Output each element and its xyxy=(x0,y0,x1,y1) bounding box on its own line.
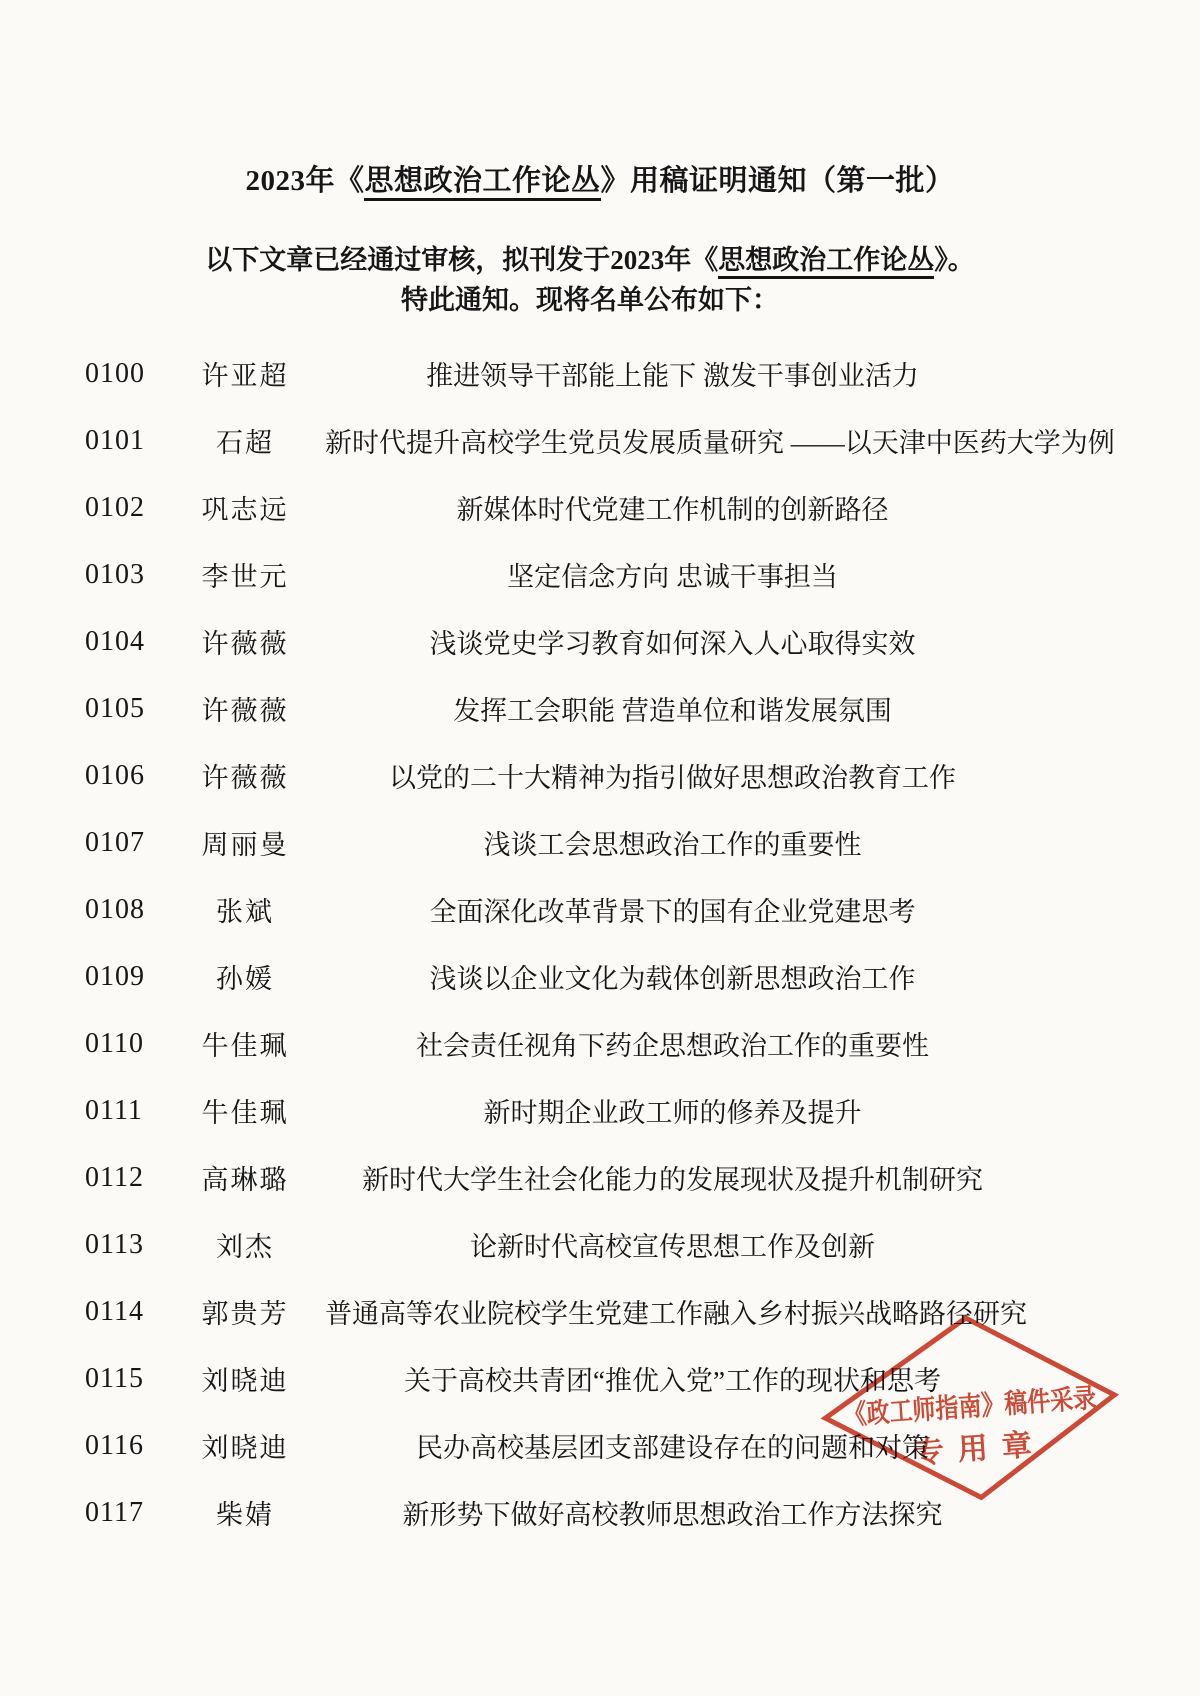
entry-author: 牛佳珮 xyxy=(165,1024,325,1063)
entry-title: 新形势下做好高校教师思想政治工作方法探究 xyxy=(325,1493,1020,1532)
entry-author: 石超 xyxy=(165,421,325,460)
entry-author: 许薇薇 xyxy=(165,756,325,795)
entry-title: 新时代大学生社会化能力的发展现状及提升机制研究 xyxy=(325,1158,1020,1197)
entry-row: 0104 许薇薇 浅谈党史学习教育如何深入人心取得实效 xyxy=(85,608,1020,675)
entry-row: 0115 刘晓迪 关于高校共青团“推优入党”工作的现状和思考 xyxy=(85,1345,1020,1412)
entry-id: 0101 xyxy=(85,425,165,457)
entry-id: 0114 xyxy=(85,1296,165,1328)
document-title-suffix: 》用稿证明通知（第一批） xyxy=(601,165,955,197)
entry-row: 0105 许薇薇 发挥工会职能 营造单位和谐发展氛围 xyxy=(85,675,1020,742)
entry-author: 刘晓迪 xyxy=(165,1359,325,1398)
entry-row: 0112 高琳璐 新时代大学生社会化能力的发展现状及提升机制研究 xyxy=(85,1144,1020,1211)
entry-title: 浅谈党史学习教育如何深入人心取得实效 xyxy=(325,622,1020,661)
document-title: 2023年《思想政治工作论丛》用稿证明通知（第一批） xyxy=(0,158,1200,199)
intro-line1-underlined: 思想政治工作论丛 xyxy=(718,245,934,279)
entry-author: 巩志远 xyxy=(165,488,325,527)
entry-title: 新媒体时代党建工作机制的创新路径 xyxy=(325,488,1020,527)
entry-title: 民办高校基层团支部建设存在的问题和对策 xyxy=(325,1426,1020,1465)
entry-row: 0107 周丽曼 浅谈工会思想政治工作的重要性 xyxy=(85,809,1020,876)
intro-line-1: 以下文章已经通过审核，拟刊发于2023年《思想政治工作论丛》。 xyxy=(0,240,1190,280)
entry-row: 0114 郭贵芳 普通高等农业院校学生党建工作融入乡村振兴战略路径研究 xyxy=(85,1278,1020,1345)
document-page: 2023年《思想政治工作论丛》用稿证明通知（第一批） 以下文章已经通过审核，拟刊… xyxy=(0,0,1200,1696)
entry-id: 0105 xyxy=(85,693,165,725)
entry-author: 高琳璐 xyxy=(165,1158,325,1197)
intro-line1-suffix: 》。 xyxy=(934,245,975,275)
entry-author: 许薇薇 xyxy=(165,689,325,728)
entry-row: 0113 刘杰 论新时代高校宣传思想工作及创新 xyxy=(85,1211,1020,1278)
entry-title: 全面深化改革背景下的国有企业党建思考 xyxy=(325,890,1020,929)
entry-id: 0100 xyxy=(85,358,165,390)
intro-line-2: 特此通知。现将名单公布如下： xyxy=(0,280,1190,320)
entry-row: 0108 张斌 全面深化改革背景下的国有企业党建思考 xyxy=(85,876,1020,943)
entry-row: 0111 牛佳珮 新时期企业政工师的修养及提升 xyxy=(85,1077,1020,1144)
entry-title: 推进领导干部能上能下 激发干事创业活力 xyxy=(325,354,1020,393)
entry-title: 新时期企业政工师的修养及提升 xyxy=(325,1091,1020,1130)
entry-title: 新时代提升高校学生党员发展质量研究 ——以天津中医药大学为例 xyxy=(325,421,1115,460)
entry-title: 坚定信念方向 忠诚干事担当 xyxy=(325,555,1020,594)
entry-author: 郭贵芳 xyxy=(165,1292,325,1331)
entry-id: 0110 xyxy=(85,1028,165,1060)
entry-title: 浅谈以企业文化为载体创新思想政治工作 xyxy=(325,957,1020,996)
entry-id: 0116 xyxy=(85,1430,165,1462)
entry-author: 许亚超 xyxy=(165,354,325,393)
entry-id: 0106 xyxy=(85,760,165,792)
document-title-underlined: 思想政治工作论丛 xyxy=(364,165,600,201)
entry-title: 社会责任视角下药企思想政治工作的重要性 xyxy=(325,1024,1020,1063)
entry-row: 0102 巩志远 新媒体时代党建工作机制的创新路径 xyxy=(85,474,1020,541)
entry-id: 0104 xyxy=(85,626,165,658)
entry-id: 0108 xyxy=(85,894,165,926)
entry-author: 柴婧 xyxy=(165,1493,325,1532)
entry-id: 0102 xyxy=(85,492,165,524)
entry-title: 普通高等农业院校学生党建工作融入乡村振兴战略路径研究 xyxy=(325,1292,1027,1331)
entry-author: 孙媛 xyxy=(165,957,325,996)
entry-id: 0117 xyxy=(85,1497,165,1529)
entry-id: 0103 xyxy=(85,559,165,591)
entry-row: 0116 刘晓迪 民办高校基层团支部建设存在的问题和对策 xyxy=(85,1412,1020,1479)
entry-row: 0101 石超 新时代提升高校学生党员发展质量研究 ——以天津中医药大学为例 xyxy=(85,407,1020,474)
entry-row: 0110 牛佳珮 社会责任视角下药企思想政治工作的重要性 xyxy=(85,1010,1020,1077)
entry-title: 浅谈工会思想政治工作的重要性 xyxy=(325,823,1020,862)
entry-author: 牛佳珮 xyxy=(165,1091,325,1130)
entry-author: 张斌 xyxy=(165,890,325,929)
intro-paragraph: 以下文章已经通过审核，拟刊发于2023年《思想政治工作论丛》。 特此通知。现将名… xyxy=(0,240,1190,320)
entry-list: 0100 许亚超 推进领导干部能上能下 激发干事创业活力 0101 石超 新时代… xyxy=(85,340,1020,1546)
entry-title: 关于高校共青团“推优入党”工作的现状和思考 xyxy=(325,1359,1020,1398)
entry-author: 周丽曼 xyxy=(165,823,325,862)
entry-id: 0115 xyxy=(85,1363,165,1395)
document-title-prefix: 2023年《 xyxy=(245,165,364,197)
entry-row: 0106 许薇薇 以党的二十大精神为指引做好思想政治教育工作 xyxy=(85,742,1020,809)
entry-id: 0112 xyxy=(85,1162,165,1194)
entry-id: 0111 xyxy=(85,1095,165,1127)
entry-row: 0103 李世元 坚定信念方向 忠诚干事担当 xyxy=(85,541,1020,608)
entry-author: 刘杰 xyxy=(165,1225,325,1264)
entry-title: 以党的二十大精神为指引做好思想政治教育工作 xyxy=(325,756,1020,795)
entry-row: 0117 柴婧 新形势下做好高校教师思想政治工作方法探究 xyxy=(85,1479,1020,1546)
entry-row: 0109 孙媛 浅谈以企业文化为载体创新思想政治工作 xyxy=(85,943,1020,1010)
entry-author: 许薇薇 xyxy=(165,622,325,661)
entry-id: 0113 xyxy=(85,1229,165,1261)
intro-line1-prefix: 以下文章已经通过审核，拟刊发于2023年《 xyxy=(205,245,718,275)
entry-title: 发挥工会职能 营造单位和谐发展氛围 xyxy=(325,689,1020,728)
entry-author: 刘晓迪 xyxy=(165,1426,325,1465)
entry-author: 李世元 xyxy=(165,555,325,594)
entry-id: 0107 xyxy=(85,827,165,859)
entry-id: 0109 xyxy=(85,961,165,993)
entry-title: 论新时代高校宣传思想工作及创新 xyxy=(325,1225,1020,1264)
entry-row: 0100 许亚超 推进领导干部能上能下 激发干事创业活力 xyxy=(85,340,1020,407)
